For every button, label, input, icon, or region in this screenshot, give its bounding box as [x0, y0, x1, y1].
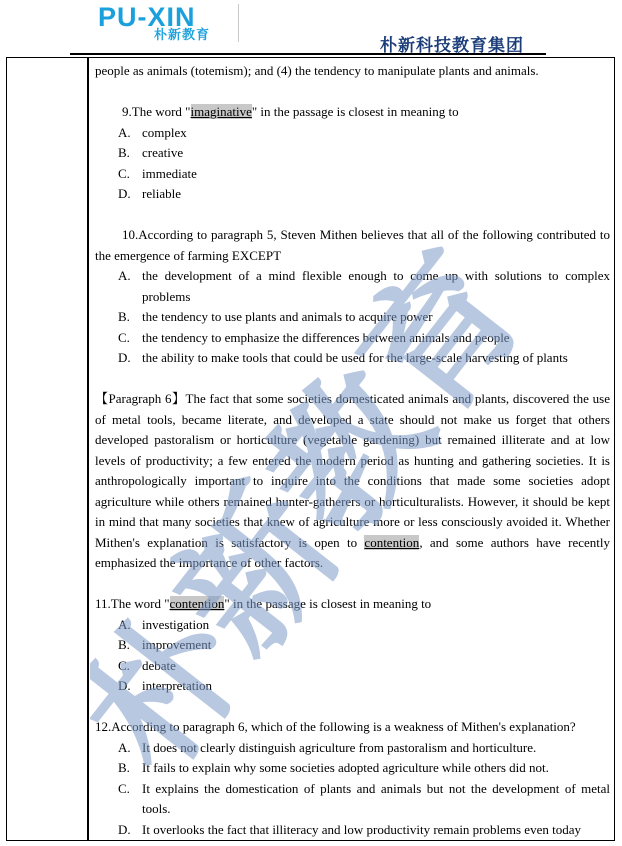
question-12-stem: 12.According to paragraph 6, which of th… [95, 717, 610, 738]
highlighted-word: contention [170, 596, 225, 611]
option-b: B.creative [95, 143, 610, 164]
option-d: D.the ability to make tools that could b… [95, 348, 610, 369]
option-c: C.debate [95, 656, 610, 677]
document-table: people as animals (totemism); and (4) th… [6, 57, 615, 841]
option-c: C.the tendency to emphasize the differen… [95, 328, 610, 349]
paragraph-6: 【Paragraph 6】The fact that some societie… [95, 389, 610, 574]
option-d: D.reliable [95, 184, 610, 205]
option-a: A.It does not clearly distinguish agricu… [95, 738, 610, 759]
intro-line: people as animals (totemism); and (4) th… [95, 61, 610, 82]
question-12: 12.According to paragraph 6, which of th… [95, 717, 610, 840]
document-content: people as animals (totemism); and (4) th… [95, 61, 610, 840]
option-c: C.It explains the domestication of plant… [95, 779, 610, 820]
option-d: D.interpretation [95, 676, 610, 697]
header-rule [70, 53, 546, 55]
option-a: A.complex [95, 123, 610, 144]
question-11: 11.The word "contention" in the passage … [95, 594, 610, 697]
option-b: B.improvement [95, 635, 610, 656]
option-a: A.the development of a mind flexible eno… [95, 266, 610, 307]
option-c: C.immediate [95, 164, 610, 185]
option-a: A.investigation [95, 615, 610, 636]
puxin-logo: PU-XIN 朴新教育 [98, 3, 228, 45]
question-9: 9.The word "imaginative" in the passage … [95, 102, 610, 205]
highlighted-word: imaginative [191, 104, 252, 119]
option-d: D.It overlooks the fact that illiteracy … [95, 820, 610, 841]
question-10-stem: 10.According to paragraph 5, Steven Mith… [95, 225, 610, 266]
page-header: PU-XIN 朴新教育 朴新科技教育集团 [0, 0, 622, 57]
option-b: B.It fails to explain why some societies… [95, 758, 610, 779]
question-9-stem: 9.The word "imaginative" in the passage … [95, 102, 610, 123]
column-divider [87, 58, 89, 840]
logo-wordmark: PU-XIN [98, 3, 196, 31]
logo-subtitle: 朴新教育 [154, 29, 210, 43]
logo-divider [238, 4, 239, 42]
question-11-stem: 11.The word "contention" in the passage … [95, 594, 610, 615]
question-10: 10.According to paragraph 5, Steven Mith… [95, 225, 610, 369]
highlighted-word: contention [364, 535, 419, 550]
option-b: B.the tendency to use plants and animals… [95, 307, 610, 328]
